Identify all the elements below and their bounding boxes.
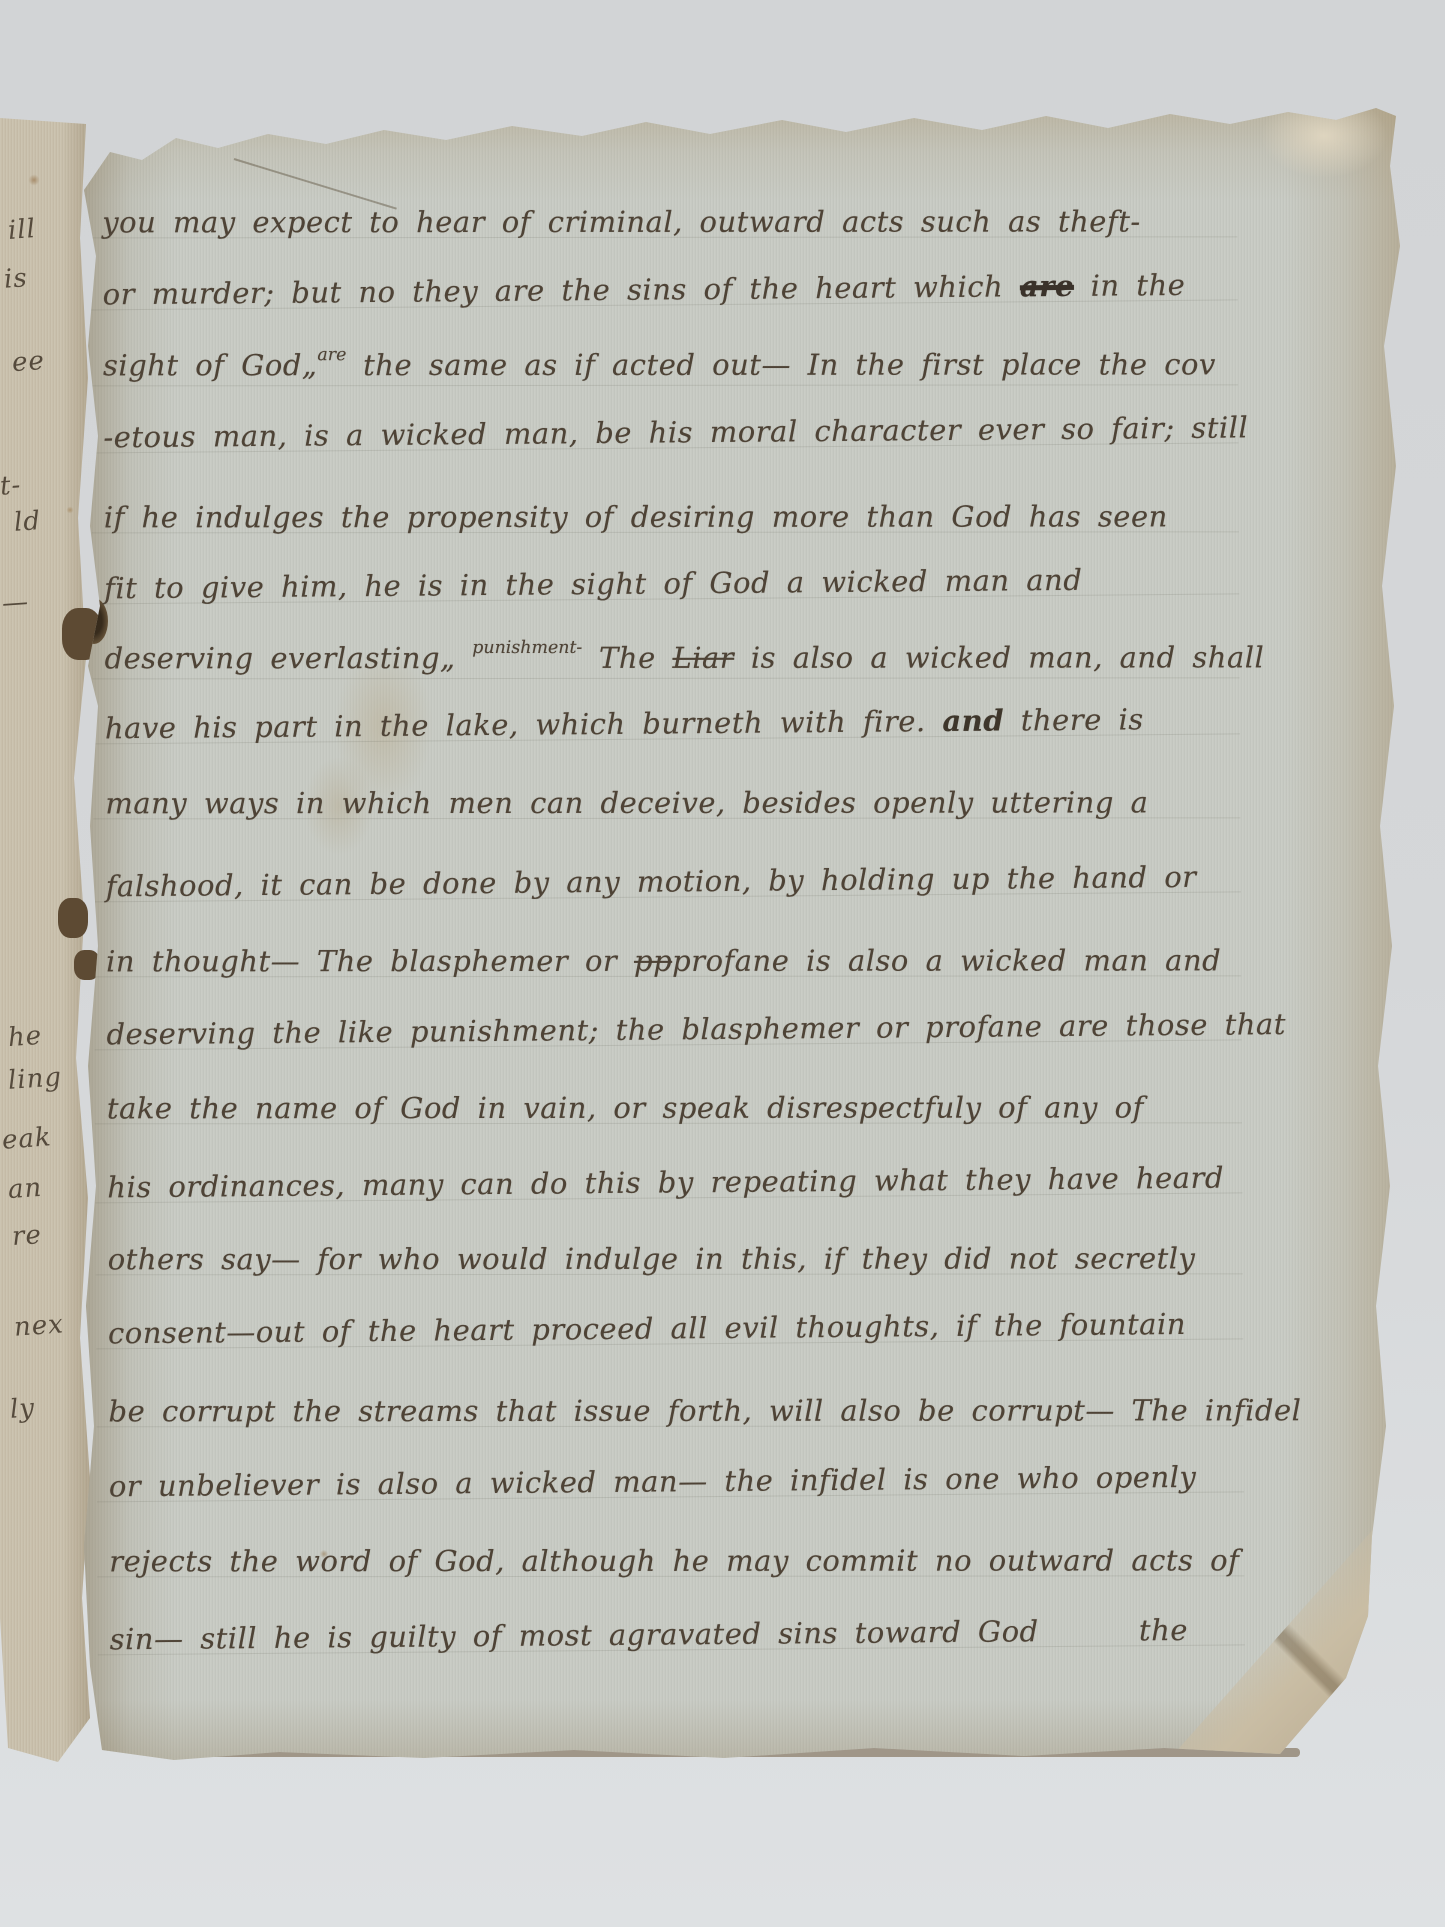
- handwriting-segment-sup: punishment-: [472, 638, 582, 658]
- handwriting-segment: the same as if acted out— In the first p…: [346, 347, 1216, 382]
- handwriting-segment: there is: [1004, 702, 1144, 737]
- handwriting-segment: profane is also a wicked man and: [672, 943, 1221, 977]
- left-page: illiseet-ld—helingeakanrenexly: [0, 118, 96, 1766]
- handwriting-segment: deserving everlasting„: [105, 641, 473, 675]
- manuscript-line: fit to give him, he is in the sight of G…: [104, 560, 1179, 607]
- left-page-text-fragment: ee: [11, 346, 46, 378]
- left-page-text-fragment: nex: [13, 1309, 65, 1342]
- left-page-text-fragment: he: [7, 1021, 43, 1053]
- handwriting-segment-strike: pp: [634, 944, 672, 978]
- handwriting-segment: you may expect to hear of criminal, outw…: [102, 204, 1140, 239]
- left-page-text-fragment: ly: [9, 1393, 36, 1425]
- manuscript-line: his ordinances, many can do this by repe…: [107, 1159, 1182, 1206]
- handwriting-segment: sight of God„: [103, 348, 317, 382]
- handwriting-segment: consent—out of the heart proceed all evi…: [108, 1307, 1186, 1350]
- handwriting-segment: deserving the like punishment; the blasp…: [106, 1007, 1286, 1051]
- left-page-text-fragment: eak: [1, 1122, 53, 1155]
- handwriting-segment-sup: are: [317, 345, 346, 365]
- handwriting-segment: -etous man, is a wicked man, be his mora…: [103, 410, 1248, 454]
- manuscript-line: others say— for who would indulge in thi…: [108, 1239, 1183, 1278]
- handwriting-segment: or unbeliever is also a wicked man— the …: [109, 1460, 1197, 1503]
- manuscript-line: if he indulges the propensity of desirin…: [104, 497, 1179, 536]
- handwriting-segment: take the name of God in vain, or speak d…: [107, 1090, 1144, 1125]
- manuscript-line: sin— still he is guilty of most agravate…: [110, 1611, 1185, 1658]
- manuscript-line: or murder; but no they are the sins of t…: [102, 266, 1177, 313]
- left-page-text-fragment: —: [1, 587, 30, 619]
- manuscript-line: take the name of God in vain, or speak d…: [107, 1088, 1182, 1127]
- manuscript-line: deserving the like punishment; the blasp…: [106, 1006, 1181, 1053]
- handwriting-segment: many ways in which men can deceive, besi…: [105, 785, 1148, 820]
- manuscript-line: sight of God„are the same as if acted ou…: [103, 345, 1178, 389]
- handwriting-segment-bold: and: [942, 703, 1004, 738]
- manuscript-line: consent—out of the heart proceed all evi…: [108, 1305, 1183, 1352]
- left-page-text-fragment: ill: [7, 214, 37, 246]
- manuscript-line: be corrupt the streams that issue forth,…: [108, 1391, 1183, 1430]
- handwriting-segment: if he indulges the propensity of desirin…: [104, 499, 1168, 534]
- manuscript-line: deserving everlasting„ punishment- The L…: [105, 638, 1180, 682]
- manuscript-text: you may expect to hear of criminal, outw…: [80, 103, 1405, 1766]
- handwriting-segment-strike-heavy: are: [1020, 269, 1074, 303]
- manuscript-line: you may expect to hear of criminal, outw…: [102, 202, 1177, 241]
- photo-background: illiseet-ld—helingeakanrenexly you may e…: [0, 0, 1445, 1927]
- left-page-text-fragment: t-: [0, 470, 22, 501]
- manuscript-page: you may expect to hear of criminal, outw…: [84, 106, 1400, 1762]
- manuscript-line: have his part in the lake, which burneth…: [105, 700, 1180, 747]
- handwriting-segment: or murder; but no they are the sins of t…: [102, 269, 1020, 311]
- manuscript-line: or unbeliever is also a wicked man— the …: [109, 1458, 1184, 1505]
- manuscript-line: -etous man, is a wicked man, be his mora…: [103, 409, 1178, 456]
- handwriting-segment: others say— for who would indulge in thi…: [108, 1241, 1196, 1276]
- handwriting-segment: be corrupt the streams that issue forth,…: [108, 1393, 1301, 1428]
- left-page-text-fragment: ld: [13, 506, 42, 538]
- manuscript-line: many ways in which men can deceive, besi…: [105, 783, 1180, 822]
- handwriting-segment: sin— still he is guilty of most agravate…: [110, 1613, 1189, 1656]
- handwriting-segment: in thought— The blasphemer or: [106, 944, 634, 978]
- left-page-text-fragment: is: [3, 263, 29, 295]
- handwriting-segment: have his part in the lake, which burneth…: [105, 704, 943, 745]
- manuscript-line: falshood, it can be done by any motion, …: [106, 858, 1181, 905]
- manuscript-line: in thought— The blasphemer or ppprofane …: [106, 941, 1181, 980]
- handwriting-segment-strike: Liar: [672, 641, 734, 675]
- handwriting-segment: in the: [1074, 268, 1186, 303]
- handwriting-segment: fit to give him, he is in the sight of G…: [104, 563, 1082, 606]
- handwriting-segment: falshood, it can be done by any motion, …: [106, 860, 1197, 904]
- handwriting-segment: The: [582, 641, 672, 675]
- left-page-text-fragment: an: [7, 1173, 43, 1205]
- binding-gap: [58, 898, 88, 938]
- handwriting-segment: rejects the word of God, although he may…: [109, 1543, 1239, 1578]
- handwriting-segment: his ordinances, many can do this by repe…: [107, 1161, 1224, 1205]
- left-page-text-fragment: ling: [7, 1062, 63, 1096]
- left-page-text-fragment: re: [11, 1220, 43, 1252]
- manuscript-line: rejects the word of God, although he may…: [109, 1541, 1184, 1580]
- handwriting-segment: is also a wicked man, and shall: [734, 640, 1264, 674]
